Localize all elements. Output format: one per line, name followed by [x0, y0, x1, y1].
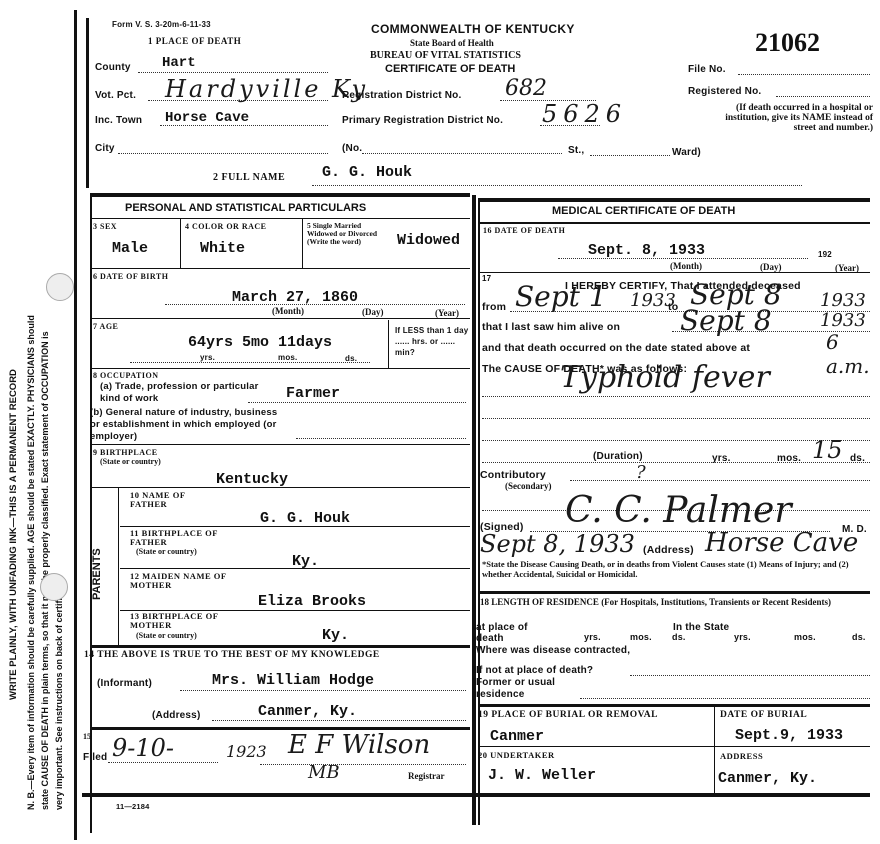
- mother-name-value: Eliza Brooks: [258, 593, 366, 610]
- dob-label: 6 DATE OF BIRTH: [93, 272, 168, 281]
- occupation-b-label: (b) General nature of industry, business…: [90, 407, 290, 443]
- in-state-label: In the State: [673, 622, 733, 633]
- burial-date-label: DATE OF BURIAL: [720, 710, 807, 720]
- filed-value: 9-10-: [112, 734, 174, 762]
- year-label: (Year): [435, 308, 459, 318]
- year-prefix: 192: [818, 250, 832, 259]
- inc-town-value: Horse Cave: [165, 110, 249, 126]
- duration-yrs-label: yrs.: [712, 453, 731, 464]
- duration-label: (Duration): [593, 451, 643, 462]
- undertaker-address-value: Canmer, Ky.: [718, 770, 817, 787]
- file-no-label: File No.: [688, 64, 726, 75]
- cause-footnote: *State the Disease Causing Death, or in …: [482, 560, 870, 579]
- sex-value: Male: [112, 240, 148, 257]
- res-ds-label: ds.: [672, 632, 686, 642]
- margin-instruction-4: very important. See instructions on back…: [54, 577, 65, 810]
- month-label: (Month): [272, 306, 304, 316]
- dod-day-label: (Day): [760, 262, 782, 272]
- last-saw-year: 1933: [820, 310, 866, 331]
- column-divider: [472, 195, 476, 825]
- contributory-label: Contributory: [480, 469, 546, 481]
- duration-days-value: 15: [812, 436, 843, 464]
- vot-pct-label: Vot. Pct.: [95, 90, 136, 101]
- registered-no-label: Registered No.: [688, 86, 761, 97]
- full-name-label: 2 FULL NAME: [213, 172, 285, 183]
- vot-pct-value: Hardyville Ky: [165, 75, 368, 103]
- date-of-death-label: 16 DATE OF DEATH: [483, 226, 565, 235]
- burial-date-value: Sept.9, 1933: [735, 727, 843, 744]
- address-value: Canmer, Ky.: [258, 703, 357, 720]
- ward-label: Ward): [672, 147, 701, 158]
- birthplace-sub-label: (State or country): [100, 457, 161, 466]
- mother-name-label: 12 MAIDEN NAME OF MOTHER: [130, 572, 230, 590]
- state-ds-label: ds.: [852, 632, 866, 642]
- occupation-a-label: (a) Trade, profession or particular kind…: [100, 381, 270, 405]
- burial-place-label: 19 PLACE OF BURIAL OR REMOVAL: [478, 710, 658, 720]
- duration-ds-label: ds.: [850, 453, 865, 464]
- city-label: City: [95, 143, 115, 154]
- mother-birthplace-sub-label: (State or country): [136, 631, 197, 640]
- registrar-label: Registrar: [408, 771, 444, 781]
- primary-reg-value: 5626: [542, 100, 627, 128]
- cause-value: Typhoid fever: [560, 360, 770, 395]
- address-label: (Address): [152, 710, 200, 721]
- county-label: County: [95, 62, 131, 73]
- certificate-title: CERTIFICATE OF DEATH: [385, 63, 515, 75]
- sig-address-value: Horse Cave: [705, 528, 858, 558]
- from-label: from: [482, 301, 506, 313]
- registrar-initials: MB: [308, 762, 340, 783]
- mos-label: mos.: [278, 353, 297, 362]
- day-label: (Day): [362, 307, 384, 317]
- birthplace-label: 9 BIRTHPLACE: [93, 448, 158, 457]
- to-year: 1933: [820, 290, 866, 311]
- time-of-death-value: 6 a.m.: [826, 330, 880, 378]
- marital-value: Widowed: [397, 232, 460, 249]
- margin-instruction-1: WRITE PLAINLY, WITH UNFADING INK—THIS IS…: [8, 369, 19, 700]
- residence-label: 18 LENGTH OF RESIDENCE (For Hospitals, I…: [480, 597, 870, 608]
- undertaker-value: J. W. Weller: [488, 767, 596, 784]
- undertaker-address-label: ADDRESS: [720, 751, 763, 761]
- undertaker-label: 20 UNDERTAKER: [478, 750, 555, 760]
- parents-label: PARENTS: [92, 548, 103, 600]
- no-label: (No.: [342, 143, 362, 154]
- father-birthplace-label: 11 BIRTHPLACE OF FATHER: [130, 529, 220, 547]
- contributory-value: ?: [636, 462, 646, 483]
- personal-section-title: PERSONAL AND STATISTICAL PARTICULARS: [125, 202, 366, 214]
- margin-instruction-2: N. B.—Every item of information should b…: [26, 315, 37, 810]
- occupation-label: 8 OCCUPATION: [93, 371, 158, 380]
- yrs-label: yrs.: [200, 353, 215, 362]
- filed-number: 15: [83, 732, 91, 741]
- state-yrs-label: yrs.: [734, 632, 751, 642]
- bottom-border: [82, 793, 870, 797]
- signed-date: Sept 8, 1933: [480, 530, 635, 558]
- inc-town-label: Inc. Town: [95, 115, 142, 126]
- reg-district-value: 682: [505, 76, 547, 101]
- birthplace-value: Kentucky: [216, 471, 288, 488]
- date-of-death-value: Sept. 8, 1933: [588, 242, 705, 259]
- header-border: [86, 18, 89, 188]
- county-value: Hart: [162, 55, 196, 71]
- race-value: White: [200, 240, 245, 257]
- former-residence-label: Former or usual residence: [476, 677, 586, 701]
- res-yrs-label: yrs.: [584, 632, 601, 642]
- st-label: St.,: [568, 145, 584, 156]
- commonwealth-title: COMMONWEALTH OF KENTUCKY: [371, 22, 575, 36]
- father-name-label: 10 NAME OF FATHER: [130, 491, 210, 509]
- state-mos-label: mos.: [794, 632, 816, 642]
- duration-mos-label: mos.: [777, 453, 801, 464]
- footer-code: 11—2184: [116, 802, 150, 811]
- mother-birthplace-value: Ky.: [322, 627, 349, 644]
- father-birthplace-sub-label: (State or country): [136, 547, 197, 556]
- age-label: 7 AGE: [93, 322, 118, 331]
- form-number: Form V. S. 3-20m-6-11-33: [112, 20, 211, 29]
- marital-label: 5 Single Married Widowed or Divorced (Wr…: [307, 222, 382, 246]
- occupation-value: Farmer: [286, 385, 340, 402]
- reg-district-label: Registration District No.: [342, 90, 461, 101]
- physician-signature: C. C. Palmer: [565, 490, 792, 531]
- at-place-label: at place of death: [476, 622, 531, 644]
- informant-value: Mrs. William Hodge: [212, 672, 374, 689]
- age-value: 64yrs 5mo 11days: [188, 334, 332, 351]
- left-border: [74, 10, 77, 840]
- contracted-label: Where was disease contracted,: [476, 645, 630, 656]
- primary-reg-label: Primary Registration District No.: [342, 115, 503, 126]
- dod-month-label: (Month): [670, 261, 702, 271]
- dob-value: March 27, 1860: [232, 289, 358, 306]
- race-label: 4 COLOR OR RACE: [185, 222, 267, 231]
- from-value: Sept 1: [515, 280, 607, 313]
- sig-address-label: (Address): [643, 544, 694, 556]
- hospital-note: (If death occurred in a hospital or inst…: [725, 103, 873, 133]
- secondary-label: (Secondary): [505, 481, 552, 491]
- registrar-signature: E F Wilson: [288, 730, 430, 760]
- punch-hole: [40, 573, 68, 601]
- board-name: State Board of Health: [410, 38, 494, 48]
- burial-place-value: Canmer: [490, 728, 544, 745]
- punch-hole: [46, 273, 74, 301]
- certificate-number: 21062: [755, 28, 820, 58]
- informant-label: (Informant): [97, 678, 152, 689]
- place-of-death-label: 1 PLACE OF DEATH: [148, 36, 241, 46]
- ds-label: ds.: [345, 354, 357, 363]
- if-not-label: If not at place of death?: [476, 665, 593, 676]
- last-saw-text: that I last saw him alive on: [482, 321, 620, 333]
- last-saw-value: Sept 8: [680, 304, 772, 337]
- sex-label: 3 SEX: [93, 222, 117, 231]
- to-label: to: [668, 301, 678, 313]
- mother-birthplace-label: 13 BIRTHPLACE OF MOTHER: [130, 612, 220, 630]
- occurred-text: and that death occurred on the date stat…: [482, 342, 750, 354]
- filed-year: 1923: [226, 742, 267, 761]
- medical-section-title: MEDICAL CERTIFICATE OF DEATH: [552, 205, 735, 217]
- knowledge-label: 14 THE ABOVE IS TRUE TO THE BEST OF MY K…: [84, 650, 380, 660]
- bureau-name: BUREAU OF VITAL STATISTICS: [370, 50, 521, 61]
- certify-number: 17: [482, 274, 491, 283]
- res-mos-label: mos.: [630, 632, 652, 642]
- full-name-value: G. G. Houk: [322, 164, 412, 181]
- less-than-day-label: If LESS than 1 day ...... hrs. or ......…: [395, 325, 470, 358]
- filed-label: Filed: [83, 752, 107, 763]
- father-name-value: G. G. Houk: [260, 510, 350, 527]
- margin-instruction-3: state CAUSE OF DEATH in plain terms, so …: [40, 331, 51, 810]
